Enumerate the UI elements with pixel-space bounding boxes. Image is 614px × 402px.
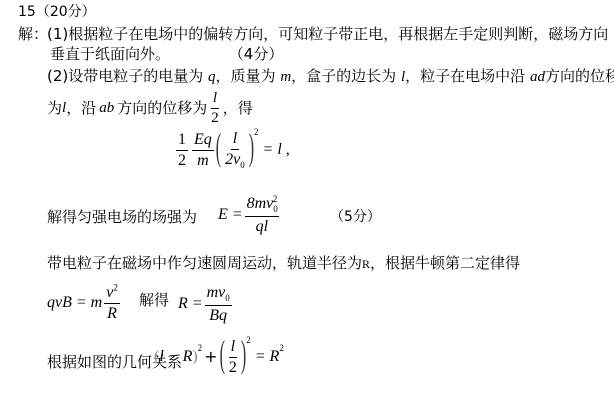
var-ad: ad [530,69,545,85]
problem-points: （20分） [36,4,96,20]
part2-line2: 为 l ，沿 ab 方向的位移为 l 2 ，得 [47,90,253,126]
var-q: q [208,69,216,85]
circular-motion-text: 带电粒子在磁场中作匀速圆周运动，轨道半径为R，根据牛顿第二定律得 [47,256,520,271]
field-result-text: 解得匀强电场的场强为 [47,210,197,225]
var-ab: ab [99,101,114,116]
equation-radius: R = mv0 Bq [178,283,234,325]
fraction-half-l: l 2 [209,90,221,126]
equation-field: E = 8mv02 ql [218,194,281,236]
part1-score: （4分） [229,45,284,63]
part2-line1: (2)设带电粒子的电量为 q，质量为 m，盒子的边长为 l，粒子在电场中沿 ad… [47,69,614,85]
var-m: m [280,69,291,85]
part1-text: 垂直于纸面向外。 [50,45,170,63]
part1-line1: (1)根据粒子在电场中的偏转方向，可知粒子带正电，再根据左手定则判断，磁场方向 [47,27,608,42]
field-score: （5分） [330,210,381,224]
equation-newton: qvB = m v2 R [47,283,122,322]
problem-header: 15（20分） [18,5,96,19]
equation-geometry: (l − R)2 + ( l 2 ) 2 = R2 [154,338,284,376]
solution-label: 解： [18,27,48,42]
problem-number: 15 [18,4,36,20]
solve-text: 解得 [139,293,169,308]
equation-displacement: 1 2 Eq m ( l 2v0 ) 2 = l , [174,130,290,171]
part1-line2: 垂直于纸面向外。 （4分） [50,47,283,62]
